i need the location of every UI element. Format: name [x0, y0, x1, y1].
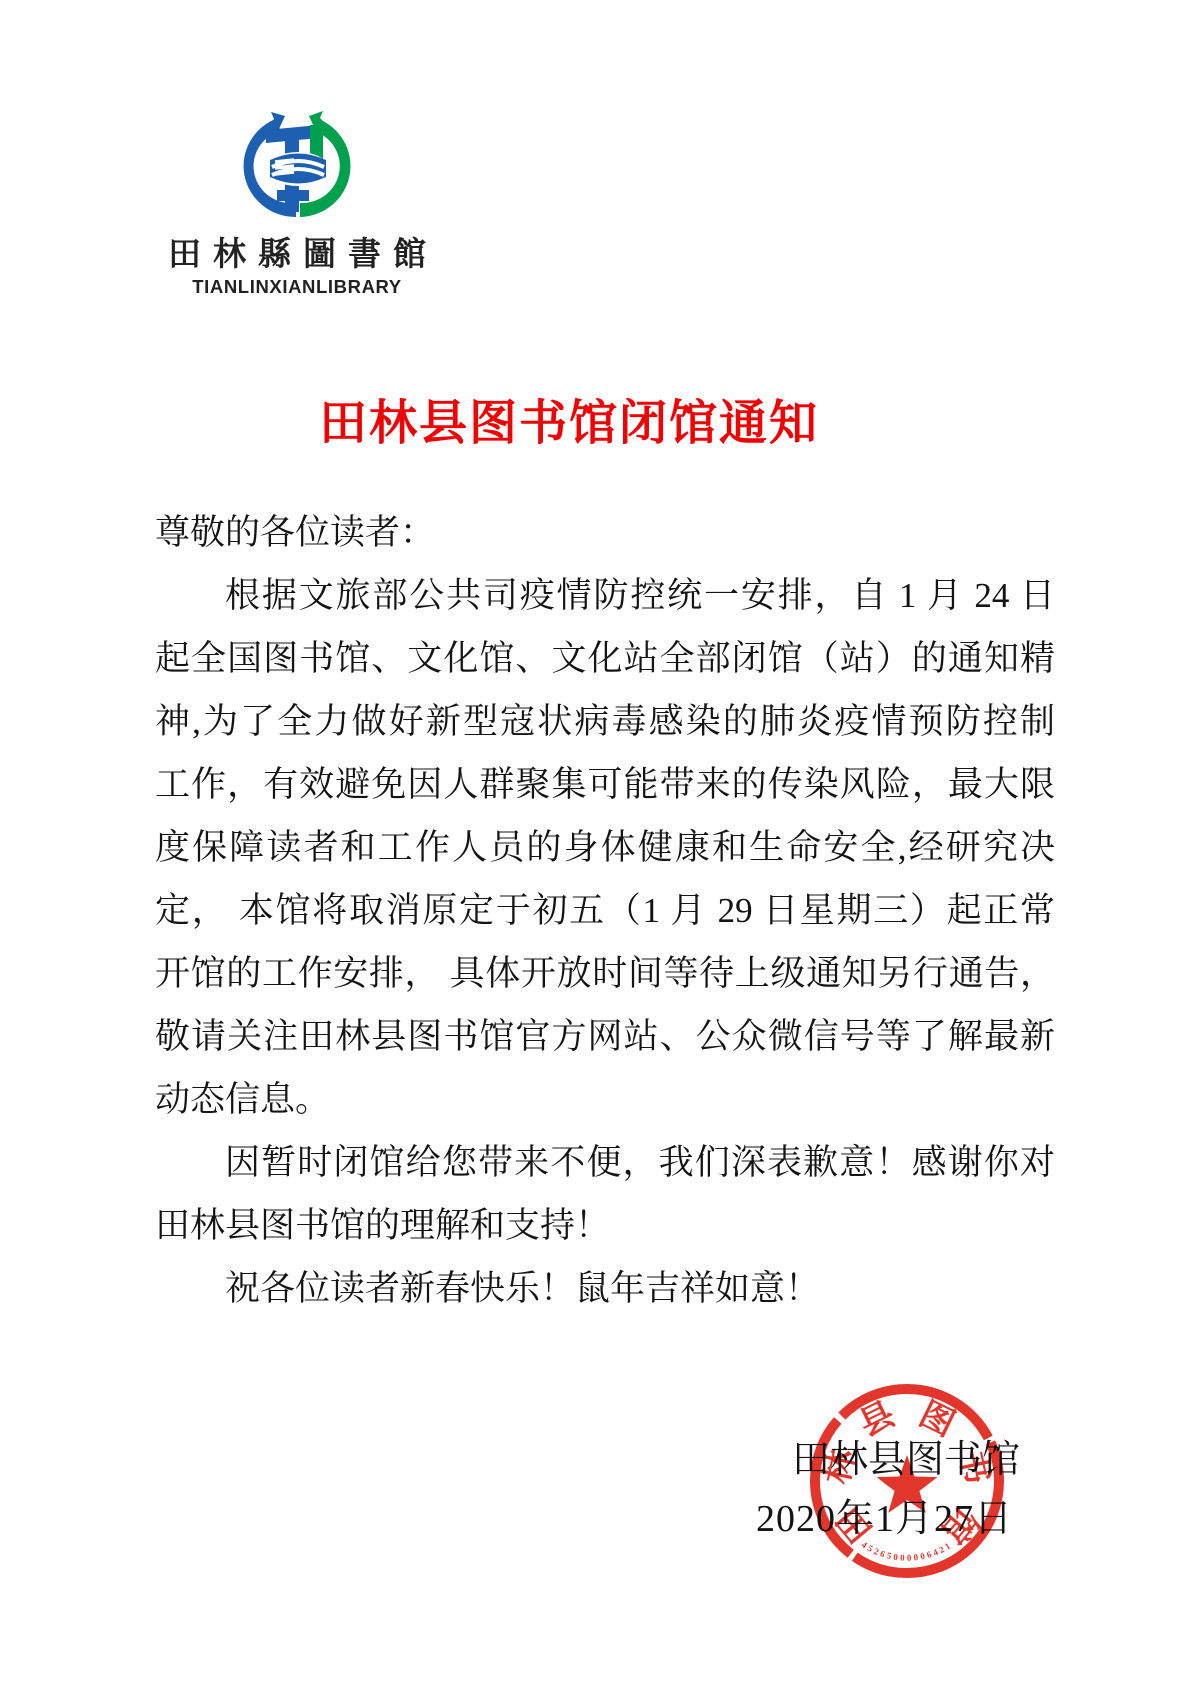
- body-line: 祝各位读者新春快乐！鼠年吉祥如意！: [155, 1257, 1055, 1320]
- body-line: 工作，有效避免因人群聚集可能带来的传染风险，最大限: [155, 753, 1055, 816]
- library-name-en: TIANLINXIANLIBRARY: [155, 276, 439, 298]
- body-line: 动态信息。: [155, 1068, 1055, 1131]
- seal-code: 45265000006421: [860, 1539, 955, 1562]
- body-line: 起全国图书馆、文化馆、文化站全部闭馆（站）的通知精: [155, 627, 1055, 690]
- notice-body: 尊敬的各位读者： 根据文旅部公共司疫情防控统一安排，自 1 月 24 日 起全国…: [155, 501, 1055, 1320]
- body-line: 神,为了全力做好新型寇状病毒感染的肺炎疫情预防控制: [155, 690, 1055, 753]
- body-line: 定， 本馆将取消原定于初五（1 月 29 日星期三）起正常: [155, 879, 1055, 942]
- body-line: 开馆的工作安排， 具体开放时间等待上级通知另行通告，: [155, 942, 1055, 1005]
- body-line: 尊敬的各位读者：: [155, 501, 1055, 564]
- body-line: 根据文旅部公共司疫情防控统一安排，自 1 月 24 日: [155, 564, 1055, 627]
- seal-char: 书: [952, 1446, 996, 1487]
- body-line: 敬请关注田林县图书馆官方网站、公众微信号等了解最新: [155, 1005, 1055, 1068]
- body-line: 度保障读者和工作人员的身体健康和生命安全,经研究决: [155, 816, 1055, 879]
- page-title: 田林县图书馆闭馆通知: [0, 384, 1200, 453]
- body-line: 因暂时闭馆给您带来不便，我们深表歉意！感谢你对: [155, 1131, 1055, 1194]
- official-seal-icon: 田 林 县 图 书 馆 45265000006421: [800, 1374, 1014, 1588]
- seal-star-icon: [877, 1455, 938, 1513]
- body-line: 田林县图书馆的理解和支持！: [155, 1194, 1055, 1257]
- seal-char: 林: [818, 1445, 862, 1487]
- library-name-cn: 田林縣圖書館: [155, 228, 439, 275]
- document-page: 田林縣圖書館 TIANLINXIANLIBRARY 田林县图书馆闭馆通知 尊敬的…: [0, 0, 1200, 1698]
- library-logo-icon: [226, 103, 368, 225]
- library-logo: 田林縣圖書館 TIANLINXIANLIBRARY: [155, 103, 439, 298]
- logo-t-crossbar: [277, 190, 309, 201]
